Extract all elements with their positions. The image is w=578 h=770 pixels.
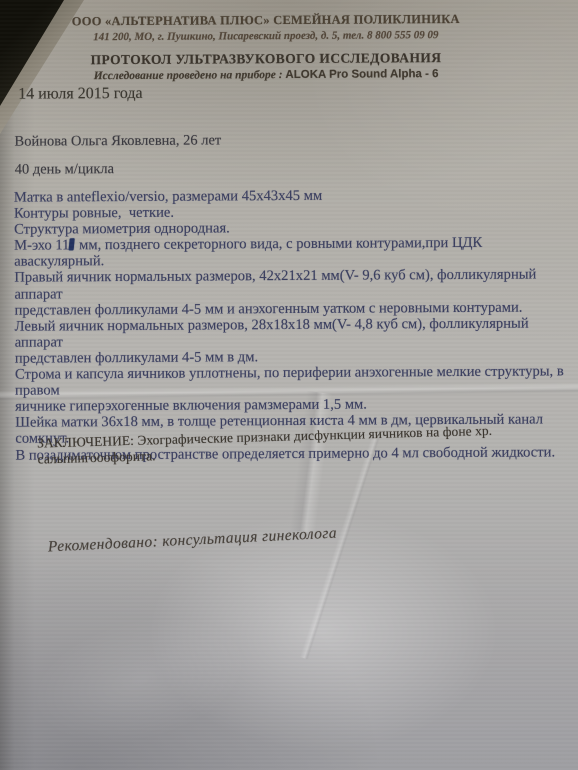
document-photo: ООО «АЛЬТЕРНАТИВА ПЛЮС» СЕМЕЙНАЯ ПОЛИКЛИ… xyxy=(0,0,578,770)
finding-line: Строма и капсула яичников уплотнены, по … xyxy=(15,363,571,399)
m-echo-suffix: мм, позднего секреторного вида, с ровным… xyxy=(14,235,486,270)
clinic-address: 141 200, МО, г. Пушкино, Писаревский про… xyxy=(0,28,534,43)
clinic-name: ООО «АЛЬТЕРНАТИВА ПЛЮС» СЕМЕЙНАЯ ПОЛИКЛИ… xyxy=(0,11,534,29)
finding-line-m-echo: М-эхо 11 мм, позднего секреторного вида,… xyxy=(14,235,570,271)
cycle-day: 40 день м/цикла xyxy=(15,161,114,179)
finding-line: Левый яичник нормальных размеров, 28х18х… xyxy=(15,315,571,351)
recommendation-line: Рекомендовано: консультация гинеколога xyxy=(48,525,338,557)
exam-date: 14 июля 2015 года xyxy=(18,85,143,104)
device-line: Исследование проведено на приборе : ALOK… xyxy=(0,67,534,82)
finding-line: Правый яичник нормальных размеров, 42х21… xyxy=(14,267,570,303)
document-header: ООО «АЛЬТЕРНАТИВА ПЛЮС» СЕМЕЙНАЯ ПОЛИКЛИ… xyxy=(0,11,534,82)
patient-name-age: Войнова Ольга Яковлевна, 26 лет xyxy=(14,132,221,150)
m-echo-prefix: М-эхо 11 xyxy=(14,238,69,254)
document-title: ПРОТОКОЛ УЛЬТРАЗВУКОВОГО ИССЛЕДОВАНИЯ xyxy=(0,49,534,68)
device-line-prefix: Исследование проведено на приборе : xyxy=(94,69,286,82)
findings-block: Матка в anteflexio/versio, размерами 45х… xyxy=(14,186,572,463)
device-name: ALOKA Pro Sound Alpha - 6 xyxy=(285,68,438,81)
document-page: ООО «АЛЬТЕРНАТИВА ПЛЮС» СЕМЕЙНАЯ ПОЛИКЛИ… xyxy=(0,0,578,770)
pen-ink-mark xyxy=(69,239,75,251)
